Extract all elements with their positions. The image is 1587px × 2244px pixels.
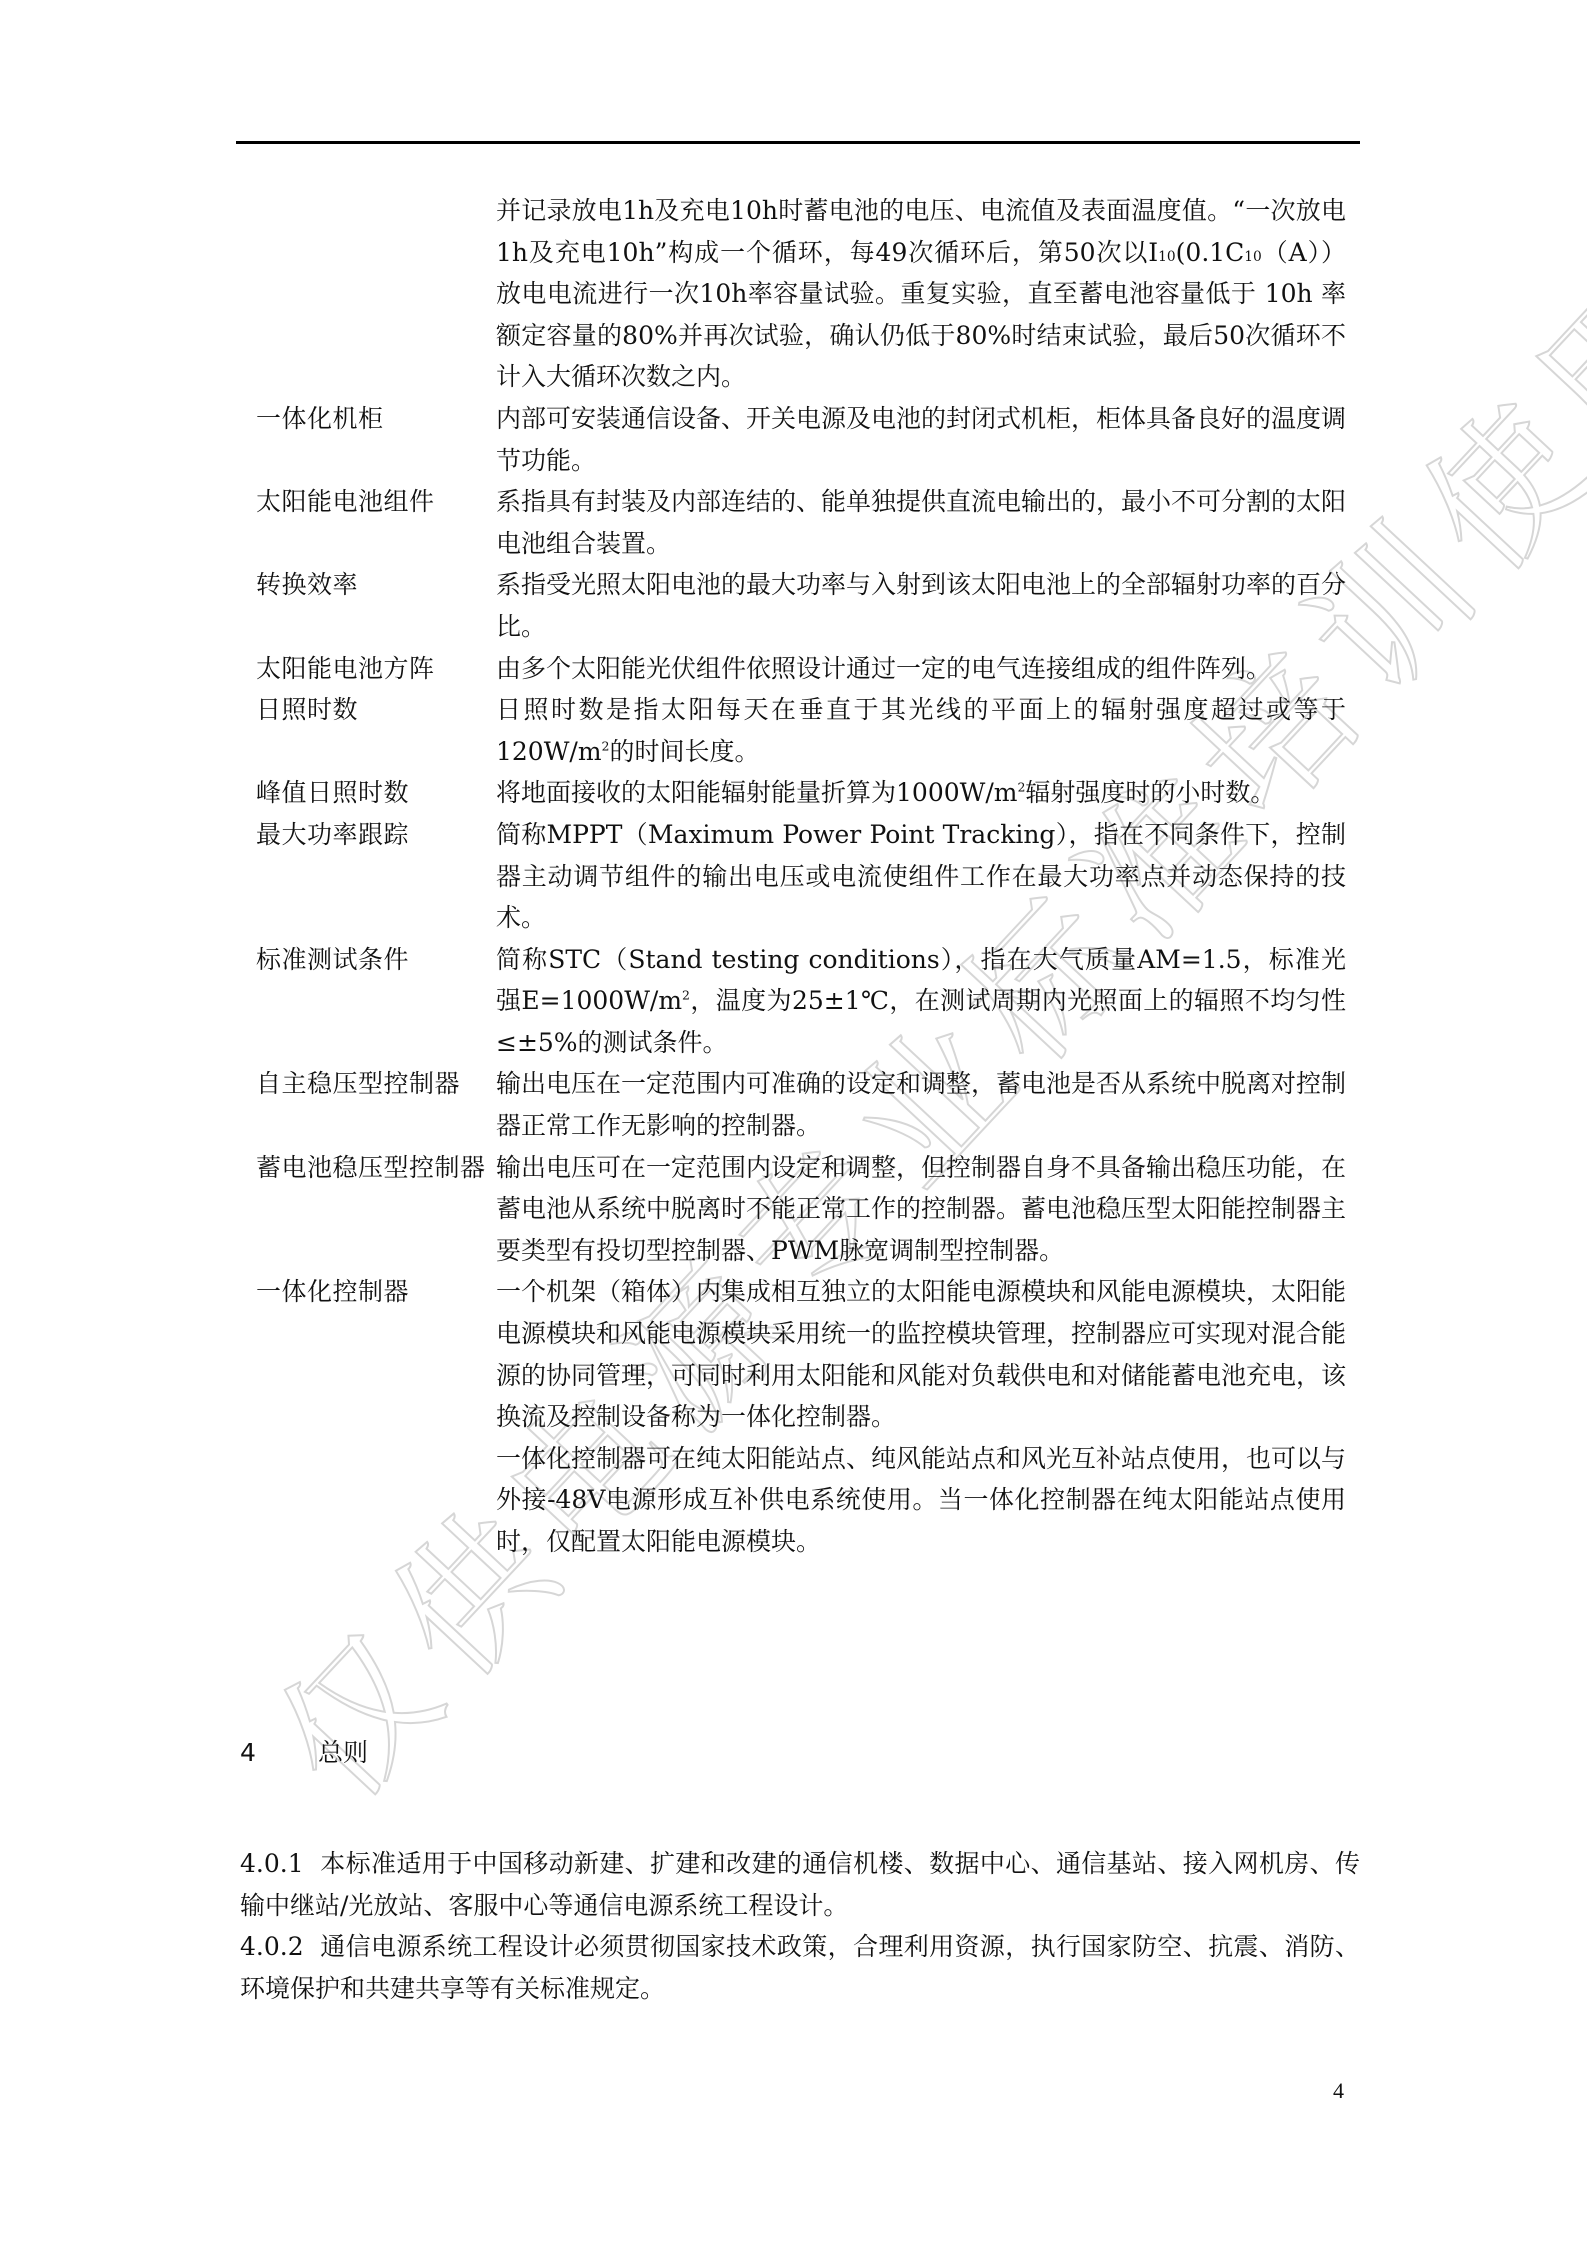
header-rule xyxy=(236,141,1360,144)
subscript: 10 xyxy=(1158,249,1176,265)
definition-row: 太阳能电池组件 系指具有封装及内部连结的、能单独提供直流电输出的，最小不可分割的… xyxy=(256,481,1346,564)
definition-row: 一体化机柜 内部可安装通信设备、开关电源及电池的封闭式机柜，柜体具备良好的温度调… xyxy=(256,398,1346,481)
section-title: 总则 xyxy=(318,1738,368,1767)
definition-text: 简称MPPT（Maximum Power Point Tracking），指在不… xyxy=(496,814,1346,939)
subscript: 10 xyxy=(1244,249,1262,265)
page-number: 4 xyxy=(1333,2078,1344,2104)
definition-row: 一体化控制器 一个机架（箱体）内集成相互独立的太阳能电源模块和风能电源模块，太阳… xyxy=(256,1271,1346,1562)
clause-number: 4.0.1 xyxy=(240,1849,304,1878)
clauses: 4.0.1 本标准适用于中国移动新建、扩建和改建的通信机楼、数据中心、通信基站、… xyxy=(240,1843,1360,2009)
superscript: 2 xyxy=(682,988,690,1003)
definition-term: 太阳能电池组件 xyxy=(256,481,496,523)
definitions-section: 并记录放电1h及充电10h时蓄电池的电压、电流值及表面温度值。“一次放电1h及充… xyxy=(256,190,1346,1563)
definition-text: 将地面接收的太阳能辐射能量折算为1000W/m2辐射强度时的小时数。 xyxy=(496,772,1346,814)
superscript: 2 xyxy=(602,738,610,753)
definition-fragment: 辐射强度时的小时数。 xyxy=(1025,778,1275,807)
definition-fragment: 的时间长度。 xyxy=(610,737,760,766)
clause-text: 本标准适用于中国移动新建、扩建和改建的通信机楼、数据中心、通信基站、接入网机房、… xyxy=(240,1849,1360,1920)
definition-term: 自主稳压型控制器 xyxy=(256,1063,496,1105)
definition-row: 日照时数 日照时数是指太阳每天在垂直于其光线的平面上的辐射强度超过或等于120W… xyxy=(256,689,1346,772)
definition-text: 输出电压可在一定范围内设定和调整，但控制器自身不具备输出稳压功能，在蓄电池从系统… xyxy=(496,1147,1346,1272)
clause-text: 通信电源系统工程设计必须贯彻国家技术政策，合理利用资源，执行国家防空、抗震、消防… xyxy=(240,1932,1360,2003)
definition-text: 简称STC（Stand testing conditions），指在大气质量AM… xyxy=(496,939,1346,1064)
definition-paragraph: 一个机架（箱体）内集成相互独立的太阳能电源模块和风能电源模块，太阳能电源模块和风… xyxy=(496,1271,1346,1437)
definition-term: 日照时数 xyxy=(256,689,496,731)
definition-row: 自主稳压型控制器 输出电压在一定范围内可准确的设定和调整，蓄电池是否从系统中脱离… xyxy=(256,1063,1346,1146)
definition-text: 输出电压在一定范围内可准确的设定和调整，蓄电池是否从系统中脱离对控制器正常工作无… xyxy=(496,1063,1346,1146)
definition-term: 最大功率跟踪 xyxy=(256,814,496,856)
definition-text: 一个机架（箱体）内集成相互独立的太阳能电源模块和风能电源模块，太阳能电源模块和风… xyxy=(496,1271,1346,1562)
definition-text: 内部可安装通信设备、开关电源及电池的封闭式机柜，柜体具备良好的温度调节功能。 xyxy=(496,398,1346,481)
definition-row: 蓄电池稳压型控制器 输出电压可在一定范围内设定和调整，但控制器自身不具备输出稳压… xyxy=(256,1147,1346,1272)
intro-text: (0.1C xyxy=(1176,238,1245,267)
definition-row: 太阳能电池方阵 由多个太阳能光伏组件依照设计通过一定的电气连接组成的组件阵列。 xyxy=(256,648,1346,690)
definition-term: 标准测试条件 xyxy=(256,939,496,981)
definition-row: 峰值日照时数 将地面接收的太阳能辐射能量折算为1000W/m2辐射强度时的小时数… xyxy=(256,772,1346,814)
clause: 4.0.2 通信电源系统工程设计必须贯彻国家技术政策，合理利用资源，执行国家防空… xyxy=(240,1926,1360,2009)
definition-text: 系指受光照太阳电池的最大功率与入射到该太阳电池上的全部辐射功率的百分比。 xyxy=(496,564,1346,647)
section-heading: 4总则 xyxy=(240,1733,368,1769)
definition-paragraph: 一体化控制器可在纯太阳能站点、纯风能站点和风光互补站点使用，也可以与外接-48V… xyxy=(496,1438,1346,1563)
definition-term: 转换效率 xyxy=(256,564,496,606)
definition-term: 一体化机柜 xyxy=(256,398,496,440)
definition-row: 最大功率跟踪 简称MPPT（Maximum Power Point Tracki… xyxy=(256,814,1346,939)
definition-text: 系指具有封装及内部连结的、能单独提供直流电输出的，最小不可分割的太阳电池组合装置… xyxy=(496,481,1346,564)
definition-term: 太阳能电池方阵 xyxy=(256,648,496,690)
definition-term: 一体化控制器 xyxy=(256,1271,496,1313)
definition-term: 蓄电池稳压型控制器 xyxy=(256,1147,496,1189)
definition-text: 由多个太阳能光伏组件依照设计通过一定的电气连接组成的组件阵列。 xyxy=(496,648,1346,690)
definition-row: 标准测试条件 简称STC（Stand testing conditions），指… xyxy=(256,939,1346,1064)
definition-fragment: 将地面接收的太阳能辐射能量折算为1000W/m xyxy=(496,778,1017,807)
definition-text: 日照时数是指太阳每天在垂直于其光线的平面上的辐射强度超过或等于120W/m2的时… xyxy=(496,689,1346,772)
clause: 4.0.1 本标准适用于中国移动新建、扩建和改建的通信机楼、数据中心、通信基站、… xyxy=(240,1843,1360,1926)
clause-number: 4.0.2 xyxy=(240,1932,304,1961)
section-number: 4 xyxy=(240,1738,318,1767)
intro-paragraph: 并记录放电1h及充电10h时蓄电池的电压、电流值及表面温度值。“一次放电1h及充… xyxy=(496,190,1346,398)
definition-term: 峰值日照时数 xyxy=(256,772,496,814)
definition-row: 转换效率 系指受光照太阳电池的最大功率与入射到该太阳电池上的全部辐射功率的百分比… xyxy=(256,564,1346,647)
